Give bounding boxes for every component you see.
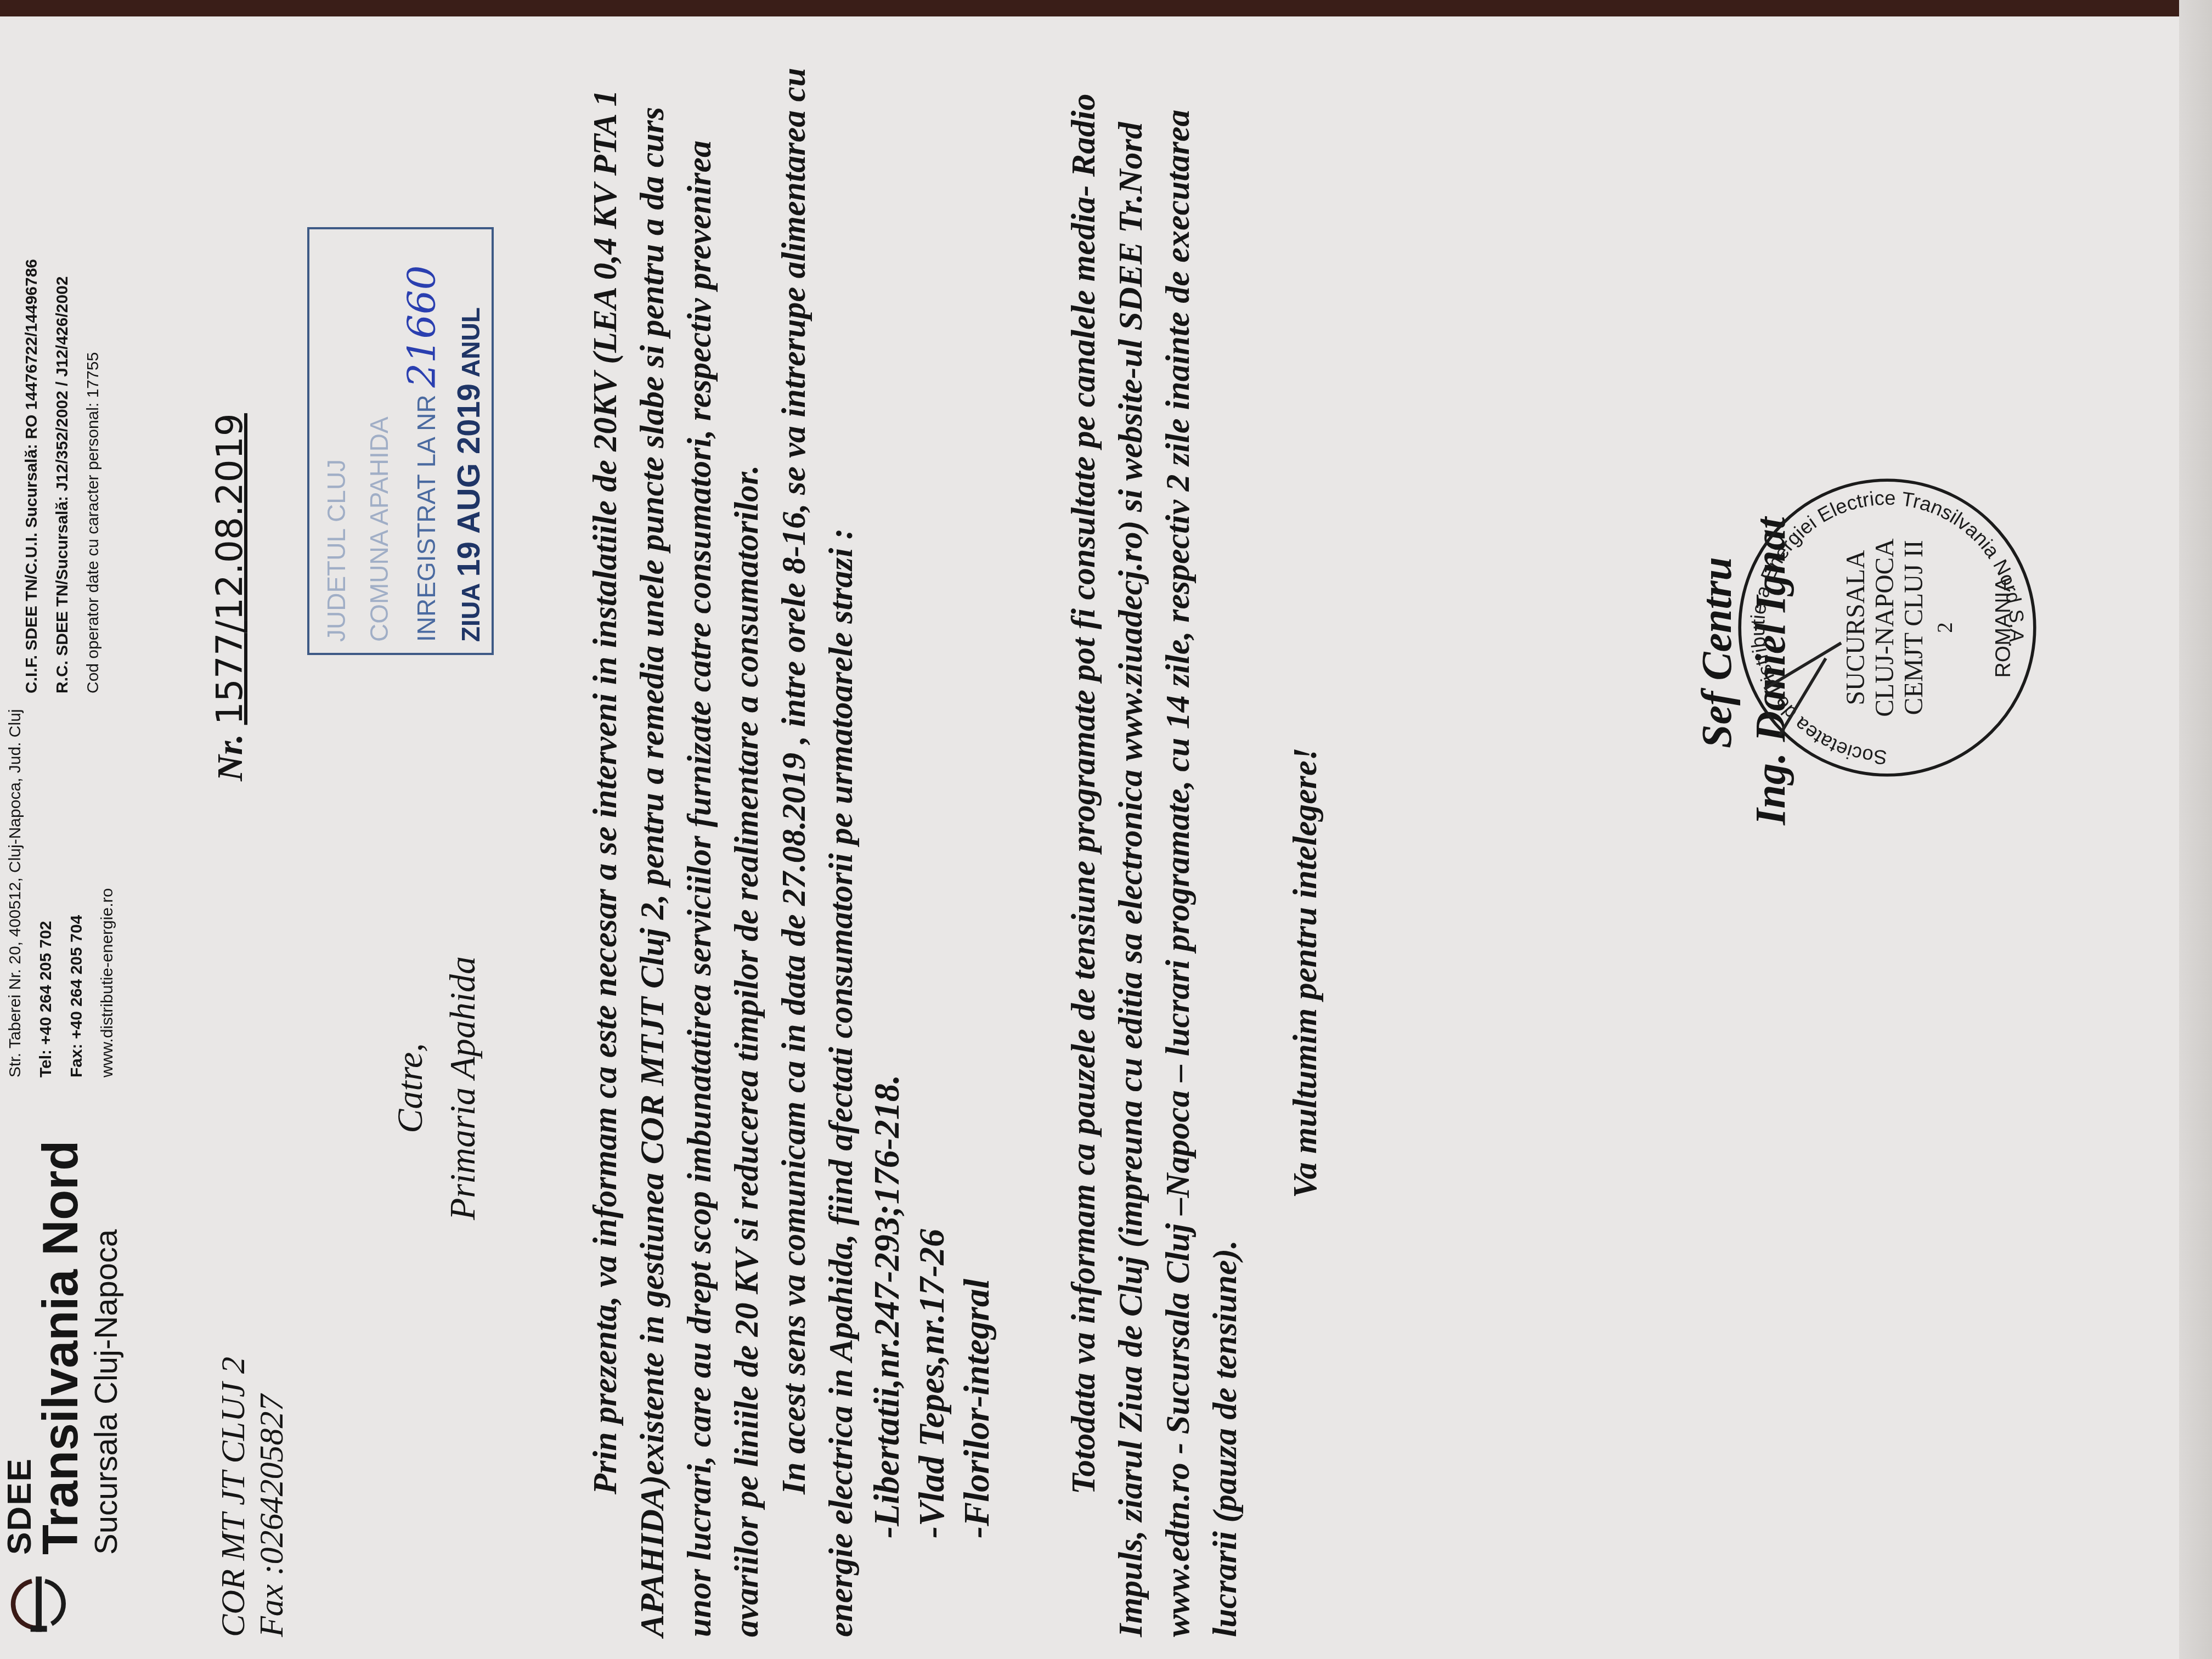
stamp-country: ROMANIA <box>1991 577 2015 678</box>
reference-number: Nr. 1577/12.08.2019 <box>208 413 251 781</box>
letterhead: SDEE Transilvania Nord Sucursala Cluj-Na… <box>0 0 187 1659</box>
salutation: Catre, <box>384 956 437 1220</box>
sender-unit: COR MT JT CLUJ 2 <box>214 1357 252 1637</box>
registration-date: 19 AUG 2019 <box>451 383 487 577</box>
ref-number: 1577 <box>208 633 251 725</box>
company-stamp: Societatea de Distributie a Energiei Ele… <box>1734 474 2041 781</box>
ref-date: 12.08.2019 <box>208 413 251 620</box>
registration-rc: R.C. SDEE TN/Sucursală: J12/352/2002 / J… <box>47 259 78 693</box>
letter-page: SDEE Transilvania Nord Sucursala Cluj-Na… <box>0 0 2212 1659</box>
svg-text:CLUJ-NAPOCA: CLUJ-NAPOCA <box>1871 538 1899 717</box>
paragraph-1: Prin prezenta, va informam ca este neces… <box>582 46 770 1637</box>
sender-block: COR MT JT CLUJ 2 Fax :0264205827 <box>214 1357 291 1637</box>
website-link[interactable]: www.distributie-energie.ro <box>92 709 123 1077</box>
sdee-logo-icon <box>5 1571 71 1637</box>
data-operator-code: Cod operator date cu caracter personal: … <box>78 259 109 693</box>
cif: C.I.F. SDEE TN/C.U.I. Sucursală: RO 1447… <box>16 259 47 693</box>
svg-text:SUCURSALA: SUCURSALA <box>1842 550 1870 706</box>
affected-streets-list: -Libertatii,nr.247-293;176-218. -Vlad Te… <box>865 46 1000 1538</box>
recipient-block: Catre, Primaria Apahida <box>384 956 489 1220</box>
list-item: -Florilor-integral <box>955 46 1000 1538</box>
paragraph-3: Totodata va informam ca pauzele de tensi… <box>1060 46 1249 1637</box>
svg-text:CEMJT CLUJ II: CEMJT CLUJ II <box>1900 540 1928 715</box>
sender-fax: Fax :0264205827 <box>252 1357 291 1637</box>
list-item: -Vlad Tepes,nr.17-26 <box>910 46 955 1538</box>
phone: Tel: +40 264 205 702 <box>31 709 61 1077</box>
address: Str. Taberei Nr. 20, 400512, Cluj-Napoca… <box>0 709 31 1077</box>
fax: Fax: +40 264 205 704 <box>61 709 92 1077</box>
registration-stamp: JUDETUL CLUJ COMUNA APAHIDA INREGISTRAT … <box>307 227 494 655</box>
svg-text:2: 2 <box>1933 622 1957 633</box>
legal-block: C.I.F. SDEE TN/C.U.I. Sucursală: RO 1447… <box>16 259 109 693</box>
letter-body: Prin prezenta, va informam ca este neces… <box>582 46 1329 1637</box>
brand-name: Transilvania Nord <box>33 1141 89 1555</box>
brand-branch: Sucursala Cluj-Napoca <box>88 1229 125 1555</box>
closing: Va multumim pentru intelegere! <box>1282 46 1329 1637</box>
registration-number: 21660 <box>399 266 444 388</box>
paragraph-2: In acest sens va comunicam ca in data de… <box>770 46 865 1637</box>
recipient-name: Primaria Apahida <box>437 956 489 1220</box>
contact-block: Str. Taberei Nr. 20, 400512, Cluj-Napoca… <box>0 709 123 1077</box>
list-item: -Libertatii,nr.247-293;176-218. <box>865 46 910 1538</box>
